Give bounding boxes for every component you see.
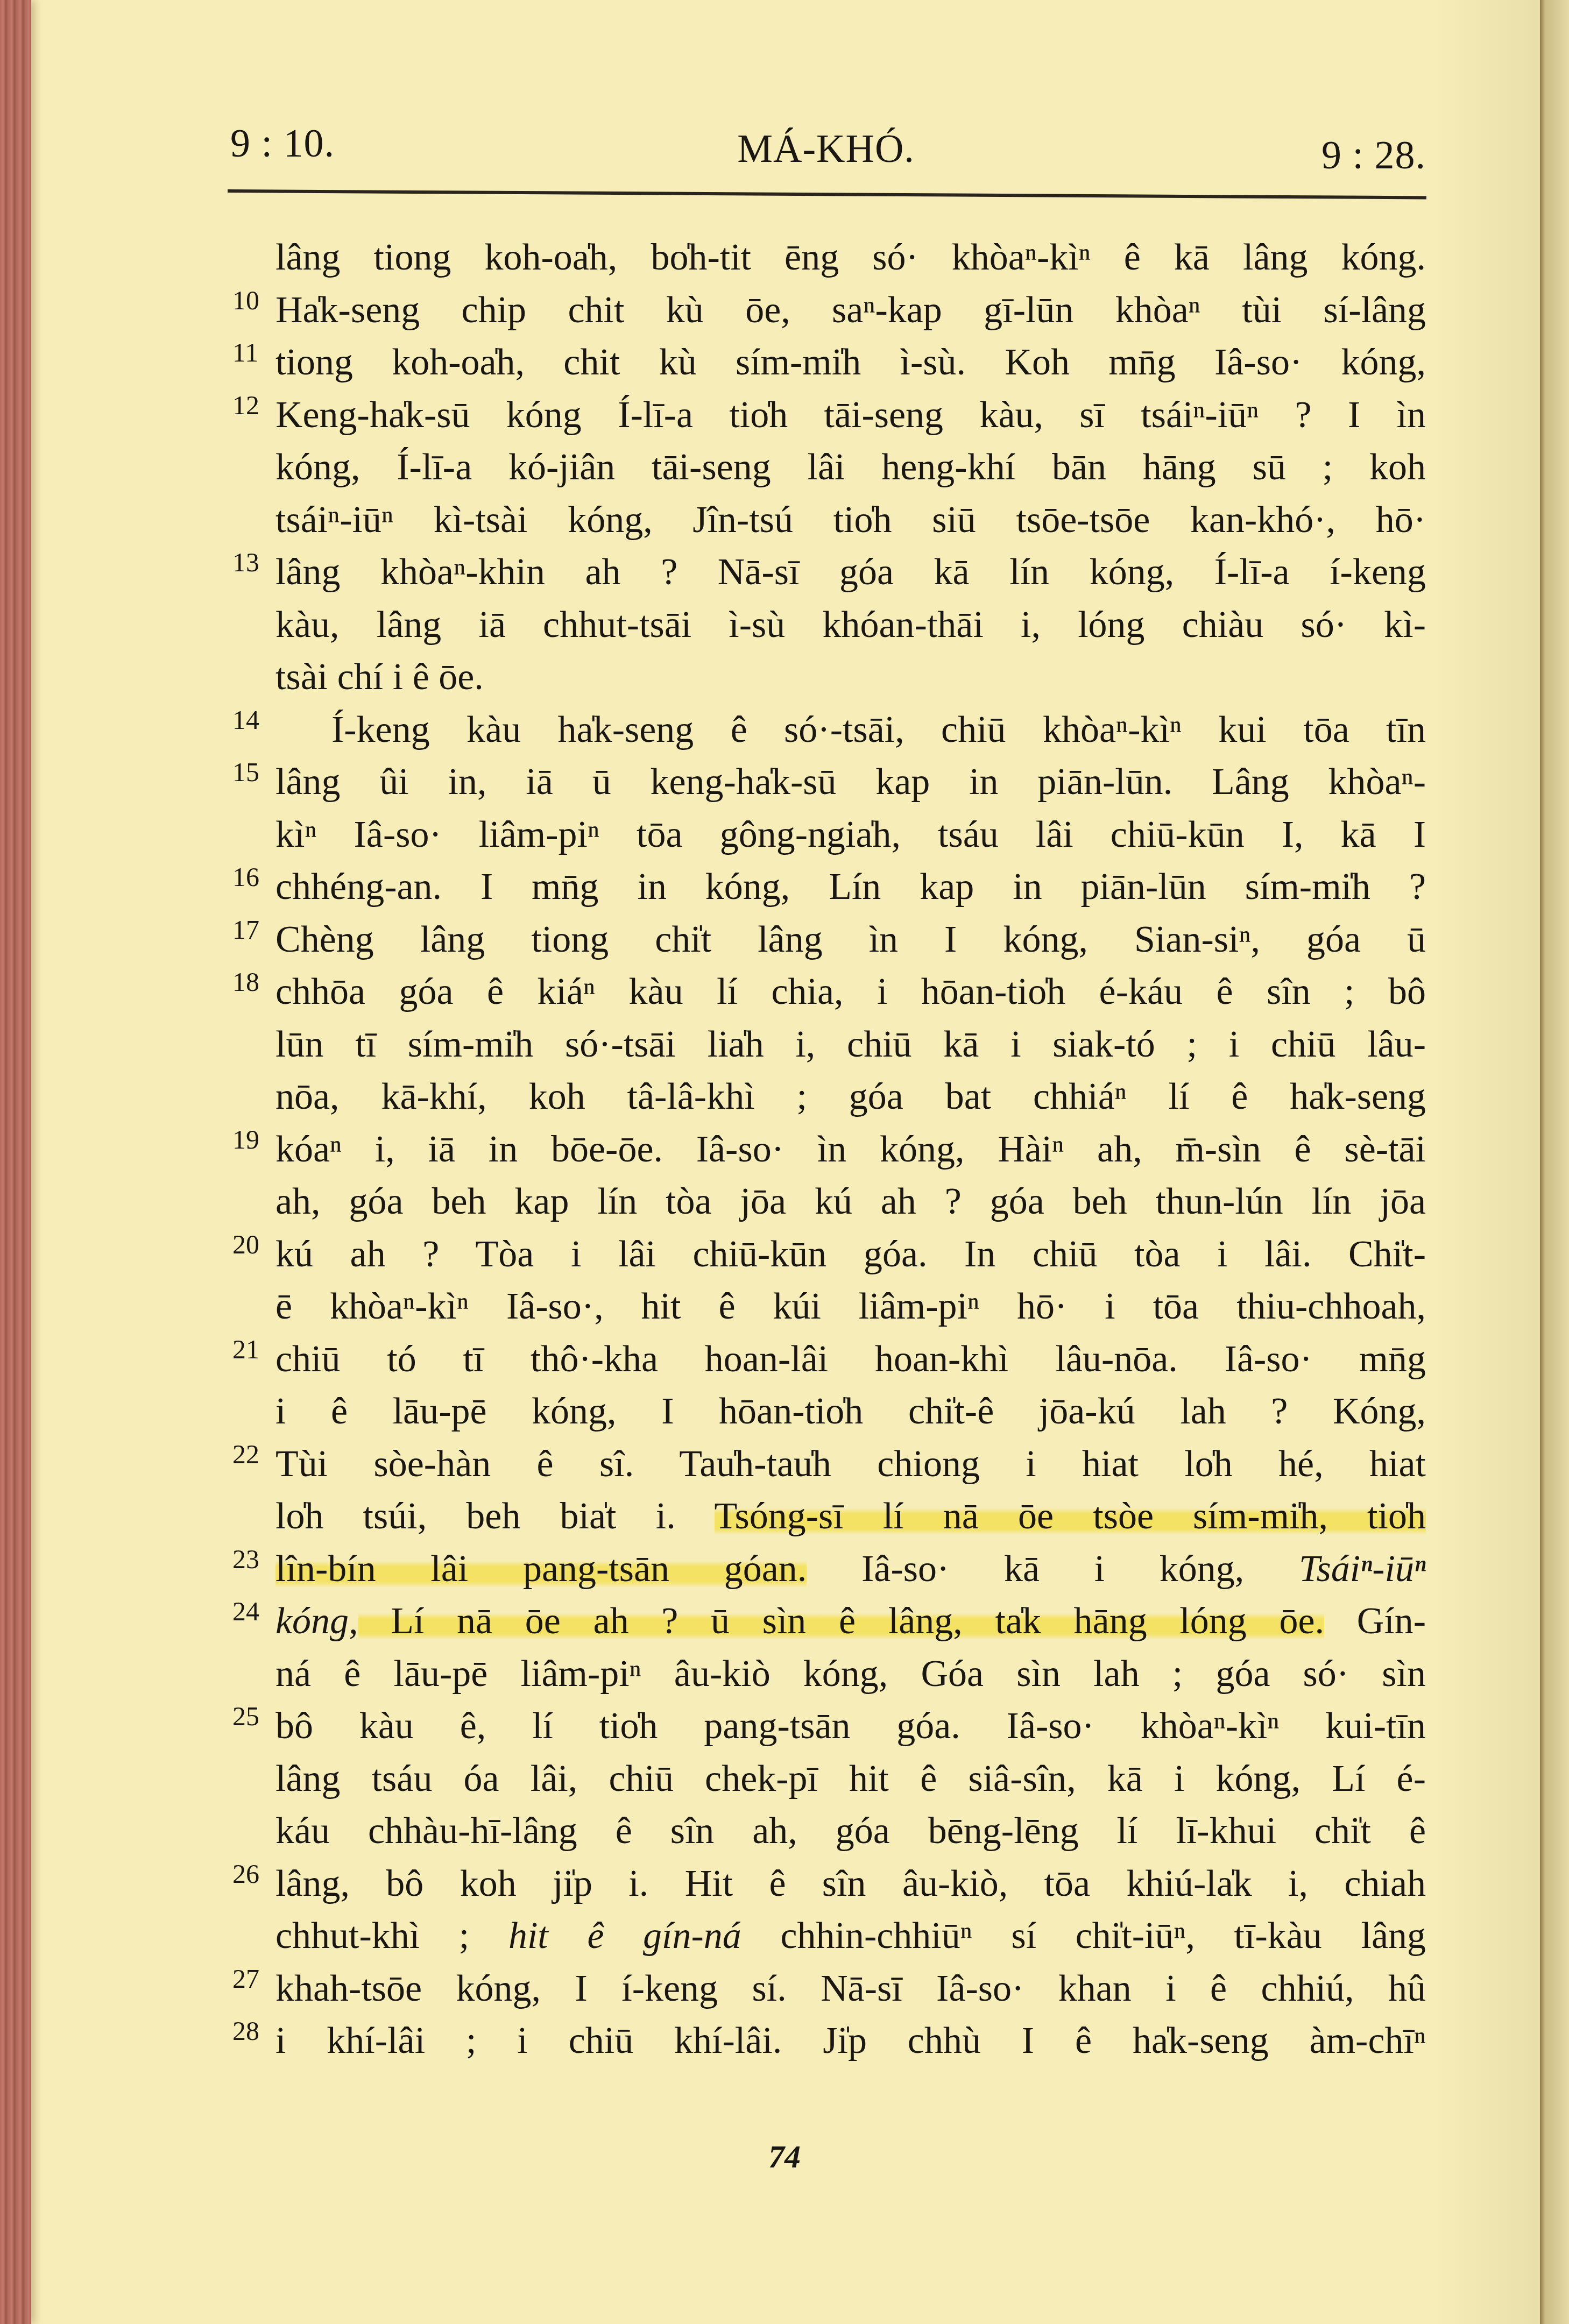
text-line: 15 lâng ûi in, iā ū keng-ha̍k-sū kap in … bbox=[226, 756, 1431, 809]
highlighted-text: lîn-bín lâi pang-tsān góan. bbox=[275, 1548, 807, 1590]
verse-number: 19 bbox=[232, 1114, 259, 1166]
line-text: Tùi sòe-hàn ê sî. Tau̍h-tau̍h chiong i h… bbox=[275, 1438, 1426, 1491]
text-line: 18 chhōa góa ê kiáⁿ kàu lí chia, i hōan-… bbox=[226, 966, 1431, 1018]
line-text: ē khòaⁿ-kìⁿ Iâ-so·, hit ê kúi liâm-piⁿ h… bbox=[275, 1280, 1426, 1333]
text-line: 23 lîn-bín lâi pang-tsān góan. Iâ-so· kā… bbox=[226, 1543, 1431, 1596]
highlighted-text: Lí nā ōe ah ? ū sìn ê lâng, ta̍k hāng ló… bbox=[358, 1600, 1324, 1642]
plain-text: chhin-chhiūⁿ sí chi̍t-iūⁿ, tī-kàu lâng bbox=[741, 1915, 1426, 1957]
page-gutter bbox=[1540, 0, 1569, 2324]
line-text: lîn-bín lâi pang-tsān góan. Iâ-so· kā i … bbox=[275, 1543, 1426, 1596]
line-text: Chèng lâng tiong chi̍t lâng ìn I kóng, S… bbox=[275, 913, 1426, 966]
text-line: lūn tī sím-mi̍h só·-tsāi lia̍h i, chiū k… bbox=[226, 1018, 1431, 1071]
text-line: 11 tiong koh-oa̍h, chit kù sím-mi̍h ì-sù… bbox=[226, 336, 1431, 389]
line-text: káu chhàu-hī-lâng ê sîn ah, góa bēng-lēn… bbox=[275, 1805, 1426, 1858]
text-line: 22 Tùi sòe-hàn ê sî. Tau̍h-tau̍h chiong … bbox=[226, 1438, 1431, 1491]
text-line: káu chhàu-hī-lâng ê sîn ah, góa bēng-lēn… bbox=[226, 1805, 1431, 1858]
text-line: lo̍h tsúi, beh bia̍t i. Tsóng-sī lí nā ō… bbox=[226, 1490, 1431, 1543]
verse-number: 26 bbox=[232, 1848, 259, 1901]
text-line: 14 Í-keng kàu ha̍k-seng ê só·-tsāi, chiū… bbox=[226, 704, 1431, 756]
text-line: nōa, kā-khí, koh tâ-lâ-khì ; góa bat chh… bbox=[226, 1071, 1431, 1123]
line-text: i ê lāu-pē kóng, I hōan-tio̍h chi̍t-ê jō… bbox=[275, 1385, 1426, 1438]
line-text: kàu, lâng iā chhut-tsāi ì-sù khóan-thāi … bbox=[275, 599, 1426, 651]
line-text: Keng-ha̍k-sū kóng Í-lī-a tio̍h tāi-seng … bbox=[275, 389, 1426, 442]
text-line: tsài chí i ê ōe. bbox=[226, 651, 1431, 704]
line-text: chhut-khì ; hit ê gín-ná chhin-chhiūⁿ sí… bbox=[275, 1910, 1426, 1962]
line-text: lâng khòaⁿ-khin ah ? Nā-sī góa kā lín kó… bbox=[275, 546, 1426, 599]
line-text: Ha̍k-seng chip chit kù ōe, saⁿ-kap gī-lū… bbox=[275, 284, 1426, 337]
verse-number: 15 bbox=[232, 746, 259, 799]
line-text: lâng tiong koh-oa̍h, bo̍h-tit ēng só· kh… bbox=[275, 231, 1426, 284]
text-line: 17 Chèng lâng tiong chi̍t lâng ìn I kóng… bbox=[226, 913, 1431, 966]
line-text: bô kàu ê, lí tio̍h pang-tsān góa. Iâ-so·… bbox=[275, 1700, 1426, 1753]
italic-text: Tsáiⁿ-iūⁿ bbox=[1299, 1548, 1426, 1590]
text-line: 24 kóng, Lí nā ōe ah ? ū sìn ê lâng, ta̍… bbox=[226, 1595, 1431, 1648]
text-line: 12 Keng-ha̍k-sū kóng Í-lī-a tio̍h tāi-se… bbox=[226, 389, 1431, 442]
text-line: 26 lâng, bô koh ji̍p i. Hit ê sîn âu-kiò… bbox=[226, 1858, 1431, 1910]
text-line: 16 chhéng-an. I mn̄g in kóng, Lín kap in… bbox=[226, 861, 1431, 913]
verse-number: 13 bbox=[232, 536, 259, 589]
text-line: lâng tsáu óa lâi, chiū chek-pī hit ê siâ… bbox=[226, 1753, 1431, 1805]
line-text: kóng, Lí nā ōe ah ? ū sìn ê lâng, ta̍k h… bbox=[275, 1595, 1426, 1648]
page-number: 74 bbox=[0, 2138, 1569, 2176]
text-line: 21 chiū tó tī thô·-kha hoan-lâi hoan-khì… bbox=[226, 1333, 1431, 1386]
text-line: tsáiⁿ-iūⁿ kì-tsài kóng, Jîn-tsú tio̍h si… bbox=[226, 494, 1431, 547]
line-text: khah-tsōe kóng, I í-keng sí. Nā-sī Iâ-so… bbox=[275, 1962, 1426, 2015]
plain-text: lo̍h tsúi, beh bia̍t i. bbox=[275, 1496, 715, 1537]
page-edge-red bbox=[0, 0, 31, 2324]
plain-text: chhut-khì ; bbox=[275, 1915, 508, 1957]
text-line: ná ê lāu-pē liâm-piⁿ âu-kiò kóng, Góa sì… bbox=[226, 1648, 1431, 1701]
header-right-ref: 9 : 28. bbox=[1321, 133, 1426, 179]
plain-text: Iâ-so· kā i kóng, bbox=[807, 1548, 1299, 1590]
line-text: ah, góa beh kap lín tòa jōa kú ah ? góa … bbox=[275, 1175, 1426, 1228]
text-line: 20 kú ah ? Tòa i lâi chiū-kūn góa. In ch… bbox=[226, 1228, 1431, 1281]
verse-number: 17 bbox=[232, 904, 259, 956]
line-text: nōa, kā-khí, koh tâ-lâ-khì ; góa bat chh… bbox=[275, 1071, 1426, 1123]
text-line: 19 kóaⁿ i, iā in bōe-ōe. Iâ-so· ìn kóng,… bbox=[226, 1123, 1431, 1176]
verse-number: 10 bbox=[232, 274, 259, 327]
line-text: kóaⁿ i, iā in bōe-ōe. Iâ-so· ìn kóng, Hà… bbox=[275, 1123, 1426, 1176]
verse-number: 25 bbox=[232, 1690, 259, 1743]
line-text: tsài chí i ê ōe. bbox=[275, 651, 1426, 704]
line-text: kú ah ? Tòa i lâi chiū-kūn góa. In chiū … bbox=[275, 1228, 1426, 1281]
line-text: tsáiⁿ-iūⁿ kì-tsài kóng, Jîn-tsú tio̍h si… bbox=[275, 494, 1426, 547]
line-text: chhéng-an. I mn̄g in kóng, Lín kap in pi… bbox=[275, 861, 1426, 913]
header-title: MÁ-KHÓ. bbox=[226, 126, 1426, 172]
line-text: lâng tsáu óa lâi, chiū chek-pī hit ê siâ… bbox=[275, 1753, 1426, 1805]
italic-text: hit ê gín-ná bbox=[508, 1915, 741, 1957]
text-line: 25 bô kàu ê, lí tio̍h pang-tsān góa. Iâ-… bbox=[226, 1700, 1431, 1753]
verse-number: 20 bbox=[232, 1218, 259, 1271]
page-shade bbox=[1431, 0, 1540, 2324]
verse-number: 22 bbox=[232, 1428, 259, 1481]
text-line: 28 i khí-lâi ; i chiū khí-lâi. Ji̍p chhù… bbox=[226, 2015, 1431, 2067]
verse-number: 12 bbox=[232, 379, 259, 432]
line-text: Í-keng kàu ha̍k-seng ê só·-tsāi, chiū kh… bbox=[331, 704, 1426, 756]
verse-number: 27 bbox=[232, 1953, 259, 2006]
highlighted-text: Tsóng-sī lí nā ōe tsòe sím-mi̍h, tio̍h bbox=[715, 1496, 1426, 1537]
text-line: ē khòaⁿ-kìⁿ Iâ-so·, hit ê kúi liâm-piⁿ h… bbox=[226, 1280, 1431, 1333]
text-line: 10 Ha̍k-seng chip chit kù ōe, saⁿ-kap gī… bbox=[226, 284, 1431, 337]
text-line: lâng tiong koh-oa̍h, bo̍h-tit ēng só· kh… bbox=[226, 231, 1431, 284]
text-line: ah, góa beh kap lín tòa jōa kú ah ? góa … bbox=[226, 1175, 1431, 1228]
line-text: i khí-lâi ; i chiū khí-lâi. Ji̍p chhù I … bbox=[275, 2015, 1426, 2067]
line-text: tiong koh-oa̍h, chit kù sím-mi̍h ì-sù. K… bbox=[275, 336, 1426, 389]
text-line: kàu, lâng iā chhut-tsāi ì-sù khóan-thāi … bbox=[226, 599, 1431, 651]
text-line: kìⁿ Iâ-so· liâm-piⁿ tōa gông-ngia̍h, tsá… bbox=[226, 809, 1431, 861]
line-text: kìⁿ Iâ-so· liâm-piⁿ tōa gông-ngia̍h, tsá… bbox=[275, 809, 1426, 861]
text-line: 27 khah-tsōe kóng, I í-keng sí. Nā-sī Iâ… bbox=[226, 1962, 1431, 2015]
line-text: ná ê lāu-pē liâm-piⁿ âu-kiò kóng, Góa sì… bbox=[275, 1648, 1426, 1701]
running-header: 9 : 10. MÁ-KHÓ. 9 : 28. bbox=[226, 121, 1426, 180]
italic-text: kóng, bbox=[275, 1600, 358, 1642]
verse-number: 23 bbox=[232, 1533, 259, 1586]
verse-number: 11 bbox=[232, 327, 258, 379]
text-line: kóng, Í-lī-a kó-jiân tāi-seng lâi heng-k… bbox=[226, 441, 1431, 494]
line-text: chhōa góa ê kiáⁿ kàu lí chia, i hōan-tio… bbox=[275, 966, 1426, 1018]
text-line: 13 lâng khòaⁿ-khin ah ? Nā-sī góa kā lín… bbox=[226, 546, 1431, 599]
text-line: chhut-khì ; hit ê gín-ná chhin-chhiūⁿ sí… bbox=[226, 1910, 1431, 1962]
body-text: lâng tiong koh-oa̍h, bo̍h-tit ēng só· kh… bbox=[226, 231, 1431, 2067]
verse-number: 28 bbox=[232, 2005, 259, 2058]
line-text: lâng, bô koh ji̍p i. Hit ê sîn âu-kiò, t… bbox=[275, 1858, 1426, 1910]
text-line: i ê lāu-pē kóng, I hōan-tio̍h chi̍t-ê jō… bbox=[226, 1385, 1431, 1438]
verse-number: 18 bbox=[232, 956, 259, 1009]
verse-number: 16 bbox=[232, 851, 259, 904]
verse-number: 14 bbox=[232, 694, 259, 747]
verse-number: 21 bbox=[232, 1323, 259, 1376]
line-text: lo̍h tsúi, beh bia̍t i. Tsóng-sī lí nā ō… bbox=[275, 1490, 1426, 1543]
line-text: chiū tó tī thô·-kha hoan-lâi hoan-khì lâ… bbox=[275, 1333, 1426, 1386]
line-text: kóng, Í-lī-a kó-jiân tāi-seng lâi heng-k… bbox=[275, 441, 1426, 494]
verse-number: 24 bbox=[232, 1585, 259, 1638]
header-rule bbox=[228, 189, 1426, 199]
plain-text: Gín- bbox=[1324, 1600, 1426, 1642]
line-text: lūn tī sím-mi̍h só·-tsāi lia̍h i, chiū k… bbox=[275, 1018, 1426, 1071]
line-text: lâng ûi in, iā ū keng-ha̍k-sū kap in piā… bbox=[275, 756, 1426, 809]
